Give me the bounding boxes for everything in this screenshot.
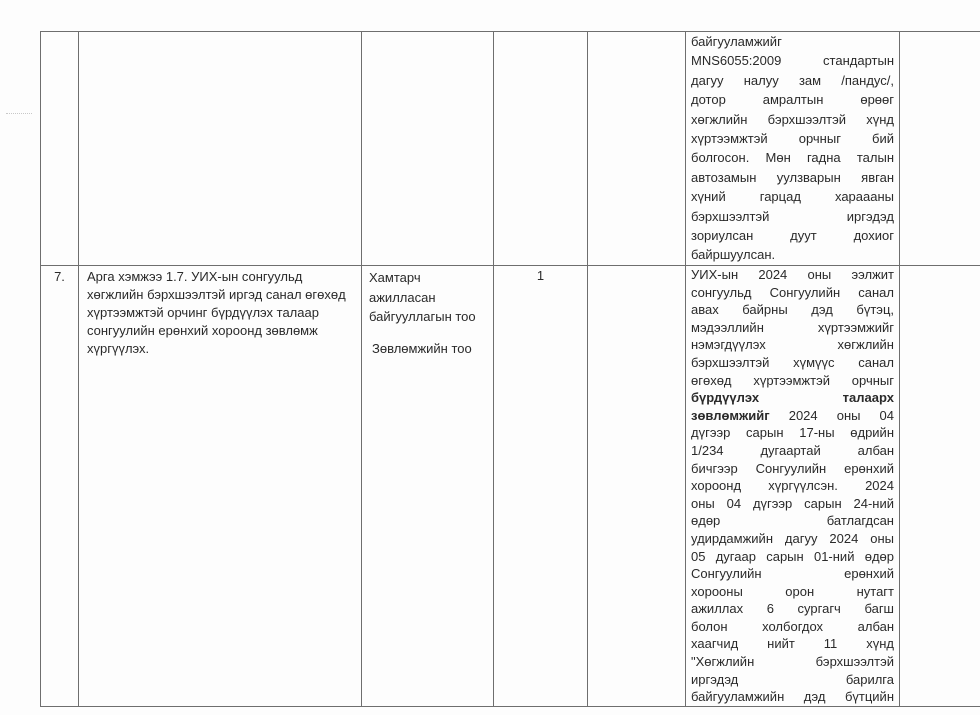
result-cell: УИХ-ын 2024 оны ээлжитсонгуульд Сонгуули… bbox=[686, 266, 900, 707]
result-line: мэдээллийн хүртээмжийг bbox=[691, 319, 894, 337]
result-line: байршуулсан. bbox=[691, 245, 894, 264]
result-line: байгууламжийн дэд бүтцийн bbox=[691, 688, 894, 706]
result-line: хорооны орон нутагт bbox=[691, 583, 894, 601]
action-cell bbox=[79, 32, 362, 266]
result-line: Сонгуулийн ерөнхий bbox=[691, 565, 894, 583]
action-cell: Арга хэмжээ 1.7. УИХ-ын сонгуульд хөгжли… bbox=[79, 266, 362, 707]
result-line: нэмэгдүүлэх хөгжлийн bbox=[691, 336, 894, 354]
result-line: болон холбогдох албан bbox=[691, 618, 894, 636]
result-line: хөгжлийн бэрхшээлтэй хүнд bbox=[691, 110, 894, 129]
result-line: ажиллах 6 сургагч багш bbox=[691, 600, 894, 618]
table-row: 7. Арга хэмжээ 1.7. УИХ-ын сонгуульд хөг… bbox=[41, 266, 980, 707]
result-line: хаагчид нийт 11 хүнд bbox=[691, 635, 894, 653]
result-line: бичгээр Сонгуулийн ерөнхий bbox=[691, 460, 894, 478]
result-line: дотор амралтын өрөөг bbox=[691, 90, 894, 109]
result-cell: байгууламжийгMNS6055:2009 стандартындагу… bbox=[686, 32, 900, 266]
result-line: байгууламжийг bbox=[691, 32, 894, 51]
result-line: бэрхшээлтэй иргэдэд bbox=[691, 207, 894, 226]
extra-cell bbox=[900, 32, 980, 266]
scan-artifact bbox=[6, 113, 32, 117]
result-line: авах байрны дэд бүтэц, bbox=[691, 301, 894, 319]
baseline-cell bbox=[588, 32, 686, 266]
result-line: 1/234 дугаартай албан bbox=[691, 442, 894, 460]
target-cell bbox=[494, 32, 588, 266]
baseline-cell bbox=[588, 266, 686, 707]
indicator-2: Зөвлөмжийн тоо bbox=[369, 339, 487, 359]
result-line: иргэдэд барилга bbox=[691, 671, 894, 689]
indicator-cell: Хамтарч ажилласан байгууллагын тоо Зөвлө… bbox=[362, 266, 494, 707]
result-line: өгөхөд хүртээмжтэй орчныг bbox=[691, 372, 894, 390]
result-line: өдөр батлагдсан bbox=[691, 512, 894, 530]
report-table: байгууламжийгMNS6055:2009 стандартындагу… bbox=[40, 31, 980, 707]
indicator-1: Хамтарч ажилласан байгууллагын тоо bbox=[369, 268, 487, 327]
target-cell: 1 bbox=[494, 266, 588, 707]
result-line: болгосон. Мөн гадна талын bbox=[691, 148, 894, 167]
result-line: хүртээмжтэй орчныг бий bbox=[691, 129, 894, 148]
result-line: "Хөгжлийн бэрхшээлтэй bbox=[691, 653, 894, 671]
result-line: оны 04 дүгээр сарын 24-ний bbox=[691, 495, 894, 513]
result-line: 05 дугаар сарын 01-ний өдөр bbox=[691, 548, 894, 566]
table-row: байгууламжийгMNS6055:2009 стандартындагу… bbox=[41, 32, 980, 266]
result-line: зориулсан дуут дохиог bbox=[691, 226, 894, 245]
result-line: бэрхшээлтэй хүмүүс санал bbox=[691, 354, 894, 372]
result-line: бүрдүүлэх талаарх bbox=[691, 389, 894, 407]
result-line: удирдамжийн дагуу 2024 оны bbox=[691, 530, 894, 548]
result-line: сонгуульд Сонгуулийн санал bbox=[691, 284, 894, 302]
result-line: MNS6055:2009 стандартын bbox=[691, 51, 894, 70]
row-number bbox=[41, 32, 79, 266]
result-line: автозамын уулзварын явган bbox=[691, 168, 894, 187]
result-line: хүний гарцад хараааны bbox=[691, 187, 894, 206]
result-line: хороонд хүргүүлсэн. 2024 bbox=[691, 477, 894, 495]
result-line: дагуу налуу зам /пандус/, bbox=[691, 71, 894, 90]
result-line: зөвлөмжийг 2024 оны 04 bbox=[691, 407, 894, 425]
result-line: УИХ-ын 2024 оны ээлжит bbox=[691, 266, 894, 284]
result-line: дүгээр сарын 17-ны өдрийн bbox=[691, 424, 894, 442]
indicator-cell bbox=[362, 32, 494, 266]
extra-cell bbox=[900, 266, 980, 707]
row-number: 7. bbox=[41, 266, 79, 707]
document-page: байгууламжийгMNS6055:2009 стандартындагу… bbox=[0, 0, 980, 715]
